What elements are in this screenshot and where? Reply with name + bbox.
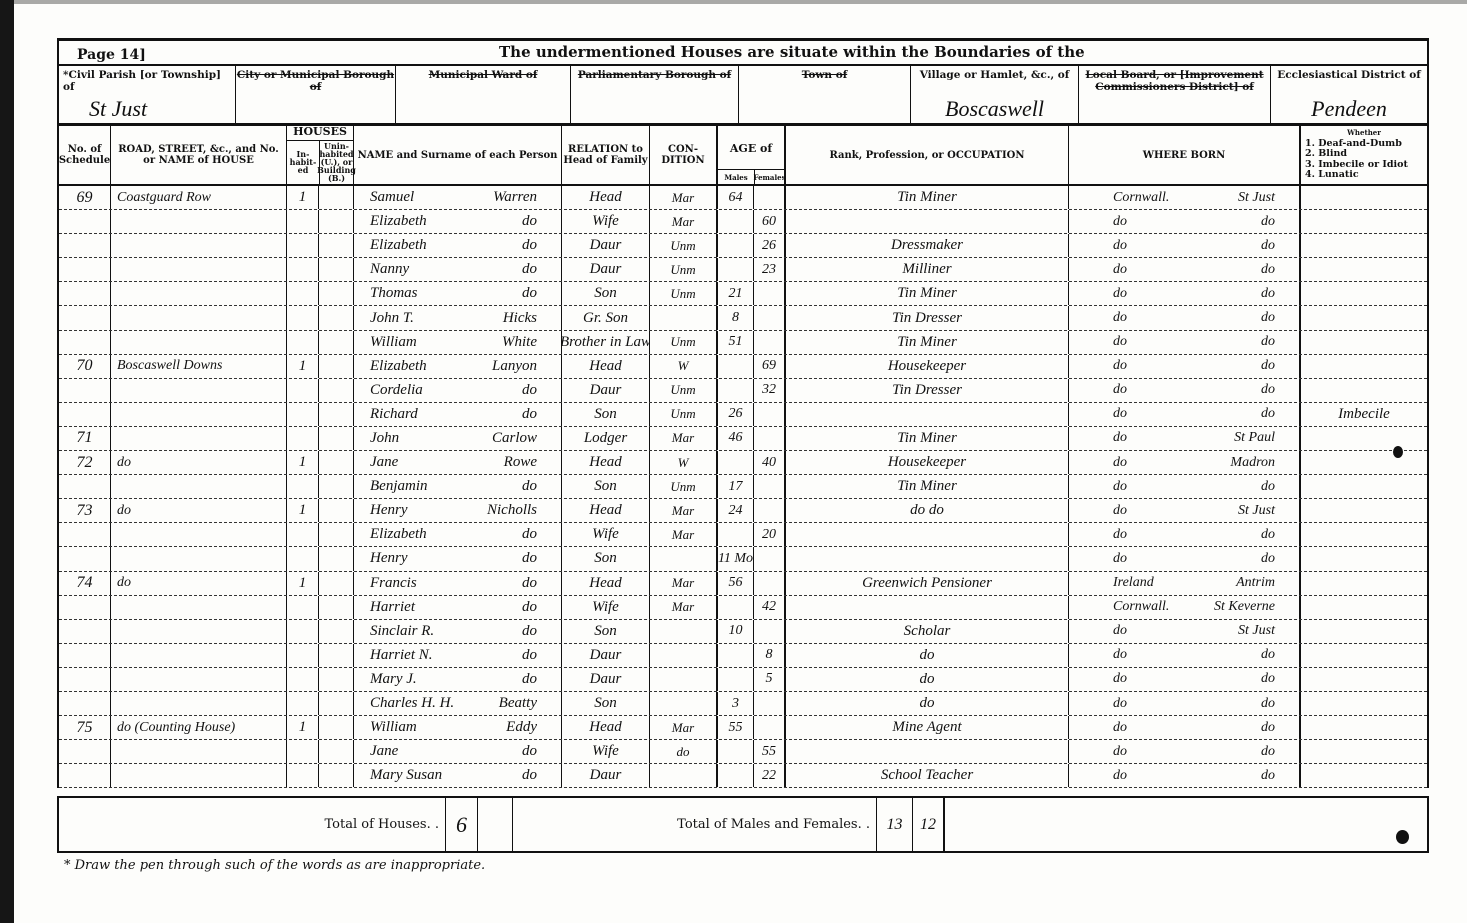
boundary-civil-parish: *Civil Parish [or Township] of St Just	[59, 66, 236, 123]
female-age-cell: 26	[754, 234, 786, 257]
female-age-cell	[754, 620, 786, 643]
condition-cell: Mar	[650, 427, 718, 450]
born-place: Madron	[1230, 455, 1275, 471]
occupation-cell: do do	[786, 499, 1069, 522]
person-name-cell: Harrietdo	[354, 596, 562, 619]
total-persons-label: Total of Males and Females. .	[513, 798, 877, 851]
person-name-cell: SamuelWarren	[354, 186, 562, 209]
male-age-cell	[718, 740, 754, 763]
uninhabited-count-cell	[319, 234, 354, 257]
infirmity-cell	[1301, 523, 1427, 546]
given-name: John	[370, 430, 399, 447]
born-place: do	[1261, 334, 1275, 350]
condition-cell	[650, 692, 718, 715]
relation-cell: Son	[562, 620, 650, 643]
surname: do	[522, 671, 537, 688]
schedule-number-cell	[59, 740, 111, 763]
condition-cell	[650, 306, 718, 329]
schedule-number-cell	[59, 668, 111, 691]
boundary-value: Boscaswell	[911, 96, 1078, 122]
given-name: Francis	[370, 575, 417, 592]
surname: do	[522, 647, 537, 664]
footnote: * Draw the pen through such of the words…	[64, 858, 485, 873]
female-age-cell: 5	[754, 668, 786, 691]
male-age-cell	[718, 210, 754, 233]
header-relation: RELATION to Head of Family	[562, 126, 650, 184]
person-name-cell: Cordeliado	[354, 379, 562, 402]
where-born-cell: dodo	[1069, 644, 1301, 667]
condition-cell: Mar	[650, 499, 718, 522]
surname: do	[522, 478, 537, 495]
born-place: St Just	[1238, 503, 1275, 519]
header-schedule: No. of Schedule	[59, 126, 111, 184]
where-born-cell: dodo	[1069, 475, 1301, 498]
road-name-cell	[111, 234, 287, 257]
condition-cell: Unm	[650, 331, 718, 354]
condition-cell	[650, 764, 718, 787]
road-name-cell	[111, 403, 287, 426]
uninhabited-count-cell	[319, 355, 354, 378]
relation-cell: Daur	[562, 644, 650, 667]
born-place: St Keverne	[1214, 599, 1275, 615]
inhabited-count-cell	[287, 427, 319, 450]
occupation-cell: Tin Miner	[786, 186, 1069, 209]
schedule-number-cell: 74	[59, 572, 111, 595]
where-born-cell: doMadron	[1069, 451, 1301, 474]
title-bar: Page 14] The undermentioned Houses are s…	[57, 38, 1429, 64]
schedule-number-cell: 73	[59, 499, 111, 522]
schedule-number-cell	[59, 523, 111, 546]
surname: do	[522, 213, 537, 230]
where-born-cell: Cornwall.St Just	[1069, 186, 1301, 209]
where-born-cell: IrelandAntrim	[1069, 572, 1301, 595]
uninhabited-count-cell	[319, 596, 354, 619]
header-occupation: Rank, Profession, or OCCUPATION	[786, 126, 1069, 184]
infirmity-cell	[1301, 379, 1427, 402]
given-name: Mary Susan	[370, 767, 442, 784]
condition-cell	[650, 620, 718, 643]
where-born-cell: dodo	[1069, 692, 1301, 715]
relation-cell: Brother in Law	[562, 331, 650, 354]
inhabited-count-cell	[287, 740, 319, 763]
schedule-number-cell	[59, 547, 111, 570]
header-houses: HOUSES In-habit-ed Unin-habited (U.), or…	[287, 126, 354, 184]
infirmity-cell	[1301, 620, 1427, 643]
occupation-cell	[786, 523, 1069, 546]
where-born-cell: dodo	[1069, 331, 1301, 354]
table-row: BenjamindoSonUnm17Tin Minerdodo	[59, 475, 1427, 499]
where-born-cell: dodo	[1069, 306, 1301, 329]
relation-cell: Daur	[562, 258, 650, 281]
relation-cell: Head	[562, 572, 650, 595]
age-title: AGE of	[718, 126, 784, 170]
person-name-cell: JohnCarlow	[354, 427, 562, 450]
occupation-cell: Greenwich Pensioner	[786, 572, 1069, 595]
female-age-cell	[754, 499, 786, 522]
given-name: Benjamin	[370, 478, 428, 495]
condition-cell: Unm	[650, 403, 718, 426]
born-county: Cornwall.	[1113, 599, 1169, 615]
table-row: Mary J.doDaur5dododo	[59, 668, 1427, 692]
relation-cell: Wife	[562, 210, 650, 233]
infirmity-cell	[1301, 306, 1427, 329]
born-county: Cornwall.	[1113, 190, 1169, 206]
born-county: do	[1113, 455, 1127, 471]
boundary-value: St Just	[59, 96, 235, 122]
born-county: do	[1113, 671, 1127, 687]
where-born-cell: dodo	[1069, 764, 1301, 787]
table-row: Sinclair R.doSon10ScholardoSt Just	[59, 620, 1427, 644]
surname: do	[522, 406, 537, 423]
where-born-cell: dodo	[1069, 258, 1301, 281]
infirmity-cell: Imbecile	[1301, 403, 1427, 426]
road-name-cell	[111, 764, 287, 787]
surname: Carlow	[492, 430, 537, 447]
table-row: ElizabethdoWifeMar60dodo	[59, 210, 1427, 234]
person-name-cell: Harriet N.do	[354, 644, 562, 667]
occupation-cell: Mine Agent	[786, 716, 1069, 739]
given-name: Elizabeth	[370, 358, 427, 375]
road-name-cell: do (Counting House)	[111, 716, 287, 739]
infirmity-title: Whether	[1347, 128, 1381, 139]
born-place: St Paul	[1234, 430, 1275, 446]
table-row: ThomasdoSonUnm21Tin Minerdodo	[59, 282, 1427, 306]
occupation-cell	[786, 596, 1069, 619]
relation-cell: Head	[562, 186, 650, 209]
given-name: Nanny	[370, 261, 409, 278]
road-name-cell: Boscaswell Downs	[111, 355, 287, 378]
surname: White	[502, 334, 537, 351]
infirmity-cell	[1301, 499, 1427, 522]
occupation-cell	[786, 403, 1069, 426]
male-age-cell: 51	[718, 331, 754, 354]
person-name-cell: Sinclair R.do	[354, 620, 562, 643]
occupation-cell: do	[786, 644, 1069, 667]
where-born-cell: dodo	[1069, 282, 1301, 305]
infirmity-cell	[1301, 547, 1427, 570]
person-name-cell: Thomasdo	[354, 282, 562, 305]
born-place: do	[1261, 286, 1275, 302]
where-born-cell: dodo	[1069, 355, 1301, 378]
occupation-cell: Tin Miner	[786, 282, 1069, 305]
male-age-cell: 55	[718, 716, 754, 739]
uninhabited-count-cell	[319, 499, 354, 522]
road-name-cell	[111, 620, 287, 643]
surname: do	[522, 599, 537, 616]
uninhabited-count-cell	[319, 451, 354, 474]
infirmity-cell	[1301, 331, 1427, 354]
table-row: HenrydoSon11 Mododo	[59, 547, 1427, 571]
table-row: Charles H. H.BeattySon3dododo	[59, 692, 1427, 716]
table-row: John T.HicksGr. Son8Tin Dresserdodo	[59, 306, 1427, 330]
boundary-value: Pendeen	[1271, 96, 1427, 122]
total-females: 12	[913, 798, 945, 851]
schedule-number-cell: 69	[59, 186, 111, 209]
relation-cell: Son	[562, 403, 650, 426]
condition-cell: Unm	[650, 282, 718, 305]
inhabited-count-cell: 1	[287, 572, 319, 595]
relation-cell: Daur	[562, 234, 650, 257]
header-age: AGE of Males Females	[718, 126, 786, 184]
surname: do	[522, 285, 537, 302]
schedule-number-cell	[59, 644, 111, 667]
schedule-number-cell	[59, 620, 111, 643]
road-name-cell	[111, 668, 287, 691]
road-name-cell	[111, 523, 287, 546]
uninhabited-count-cell	[319, 716, 354, 739]
uninhabited-count-cell	[319, 258, 354, 281]
male-age-cell: 17	[718, 475, 754, 498]
given-name: Cordelia	[370, 382, 423, 399]
male-age-cell	[718, 644, 754, 667]
boundary-village: Village or Hamlet, &c., of Boscaswell	[911, 66, 1079, 123]
infirmity-cell	[1301, 234, 1427, 257]
infirmity-cell	[1301, 282, 1427, 305]
where-born-cell: dodo	[1069, 523, 1301, 546]
person-name-cell: Mary J.do	[354, 668, 562, 691]
table-row: CordeliadoDaurUnm32Tin Dresserdodo	[59, 379, 1427, 403]
inhabited-count-cell	[287, 596, 319, 619]
born-place: do	[1261, 696, 1275, 712]
relation-cell: Head	[562, 716, 650, 739]
person-name-cell: Benjamindo	[354, 475, 562, 498]
born-county: do	[1113, 720, 1127, 736]
given-name: Richard	[370, 406, 418, 423]
infirmity-cell	[1301, 692, 1427, 715]
born-place: do	[1261, 479, 1275, 495]
born-county: do	[1113, 238, 1127, 254]
where-born-cell: dodo	[1069, 716, 1301, 739]
road-name-cell	[111, 740, 287, 763]
born-county: do	[1113, 744, 1127, 760]
infirmity-cell	[1301, 740, 1427, 763]
male-age-cell	[718, 379, 754, 402]
born-place: do	[1261, 671, 1275, 687]
female-age-cell: 20	[754, 523, 786, 546]
infirmity-cell	[1301, 764, 1427, 787]
male-age-cell: 8	[718, 306, 754, 329]
given-name: Elizabeth	[370, 237, 427, 254]
schedule-number-cell	[59, 475, 111, 498]
born-county: do	[1113, 551, 1127, 567]
condition-cell: W	[650, 451, 718, 474]
male-age-cell: 56	[718, 572, 754, 595]
uninhabited-count-cell	[319, 668, 354, 691]
female-age-cell: 55	[754, 740, 786, 763]
born-county: do	[1113, 647, 1127, 663]
occupation-cell	[786, 210, 1069, 233]
where-born-cell: doSt Just	[1069, 620, 1301, 643]
inhabited-count-cell: 1	[287, 451, 319, 474]
uninhabited-count-cell	[319, 427, 354, 450]
road-name-cell	[111, 258, 287, 281]
born-county: do	[1113, 479, 1127, 495]
total-houses-value: 6	[446, 798, 478, 851]
born-place: do	[1261, 262, 1275, 278]
person-name-cell: Henrydo	[354, 547, 562, 570]
uninhabited-count-cell	[319, 331, 354, 354]
road-name-cell	[111, 331, 287, 354]
given-name: Jane	[370, 454, 398, 471]
table-row: 74do1FrancisdoHeadMar56Greenwich Pension…	[59, 572, 1427, 596]
born-county: do	[1113, 768, 1127, 784]
male-age-cell: 3	[718, 692, 754, 715]
surname: do	[522, 623, 537, 640]
infirmity-cell	[1301, 427, 1427, 450]
condition-cell: Mar	[650, 596, 718, 619]
road-name-cell	[111, 379, 287, 402]
born-place: do	[1261, 551, 1275, 567]
uninhabited-count-cell	[319, 306, 354, 329]
born-place: do	[1261, 382, 1275, 398]
where-born-cell: dodo	[1069, 403, 1301, 426]
schedule-number-cell	[59, 379, 111, 402]
schedule-number-cell	[59, 210, 111, 233]
born-county: do	[1113, 527, 1127, 543]
male-age-cell: 46	[718, 427, 754, 450]
female-age-cell: 69	[754, 355, 786, 378]
condition-cell: do	[650, 740, 718, 763]
female-age-cell	[754, 306, 786, 329]
inhabited-count-cell	[287, 620, 319, 643]
header-name: NAME and Surname of each Person	[354, 126, 562, 184]
table-row: 71JohnCarlowLodgerMar46Tin MinerdoSt Pau…	[59, 427, 1427, 451]
person-name-cell: Mary Susando	[354, 764, 562, 787]
inhabited-count-cell	[287, 282, 319, 305]
relation-cell: Son	[562, 547, 650, 570]
given-name: Henry	[370, 550, 408, 567]
male-age-cell: 24	[718, 499, 754, 522]
where-born-cell: doSt Paul	[1069, 427, 1301, 450]
occupation-cell: do	[786, 668, 1069, 691]
born-place: do	[1261, 744, 1275, 760]
occupation-cell: Tin Dresser	[786, 306, 1069, 329]
occupation-cell: Dressmaker	[786, 234, 1069, 257]
relation-cell: Head	[562, 451, 650, 474]
table-row: 72do1JaneRoweHeadW40HousekeeperdoMadron	[59, 451, 1427, 475]
given-name: Harriet N.	[370, 647, 433, 664]
relation-cell: Daur	[562, 764, 650, 787]
condition-cell: Mar	[650, 572, 718, 595]
road-name-cell	[111, 644, 287, 667]
occupation-cell: do	[786, 692, 1069, 715]
where-born-cell: dodo	[1069, 547, 1301, 570]
female-age-cell: 22	[754, 764, 786, 787]
header-males: Males	[718, 169, 755, 184]
boundary-municipal-ward: Municipal Ward of	[396, 66, 571, 123]
column-headers: No. of Schedule ROAD, STREET, &c., and N…	[57, 126, 1429, 186]
female-age-cell: 40	[754, 451, 786, 474]
uninhabited-count-cell	[319, 644, 354, 667]
surname: Eddy	[506, 719, 537, 736]
infirmity-cell	[1301, 596, 1427, 619]
uninhabited-count-cell	[319, 740, 354, 763]
born-county: do	[1113, 310, 1127, 326]
boundary-label: Village or Hamlet, &c., of	[911, 69, 1078, 81]
relation-cell: Head	[562, 499, 650, 522]
boundaries-row: *Civil Parish [or Township] of St Just C…	[57, 64, 1429, 126]
infirmity-option: 4. Lunatic	[1305, 170, 1359, 181]
boundary-parliamentary-borough: Parliamentary Borough of	[571, 66, 739, 123]
table-row: RicharddoSonUnm26dodoImbecile	[59, 403, 1427, 427]
inhabited-count-cell	[287, 306, 319, 329]
boundary-label: Town of	[739, 69, 910, 81]
inhabited-count-cell	[287, 692, 319, 715]
occupation-cell	[786, 740, 1069, 763]
where-born-cell: Cornwall.St Keverne	[1069, 596, 1301, 619]
person-name-cell: Janedo	[354, 740, 562, 763]
female-age-cell	[754, 403, 786, 426]
person-name-cell: HenryNicholls	[354, 499, 562, 522]
surname: do	[522, 237, 537, 254]
born-county: do	[1113, 623, 1127, 639]
uninhabited-count-cell	[319, 620, 354, 643]
born-county: Ireland	[1113, 575, 1154, 591]
inhabited-count-cell: 1	[287, 716, 319, 739]
person-name-cell: Elizabethdo	[354, 210, 562, 233]
male-age-cell	[718, 451, 754, 474]
table-row: 75do (Counting House)1WilliamEddyHeadMar…	[59, 716, 1427, 740]
male-age-cell: 64	[718, 186, 754, 209]
condition-cell: Mar	[650, 523, 718, 546]
census-page: Page 14] The undermentioned Houses are s…	[57, 38, 1429, 853]
inhabited-count-cell: 1	[287, 186, 319, 209]
header-uninhabited: Unin-habited (U.), or Building (B.)	[320, 140, 353, 184]
surname: do	[522, 550, 537, 567]
occupation-cell: Milliner	[786, 258, 1069, 281]
person-name-cell: WilliamWhite	[354, 331, 562, 354]
male-age-cell: 11 Mo	[718, 547, 754, 570]
condition-cell: W	[650, 355, 718, 378]
born-county: do	[1113, 262, 1127, 278]
given-name: Jane	[370, 743, 398, 760]
table-row: Harriet N.doDaur8dododo	[59, 644, 1427, 668]
road-name-cell	[111, 282, 287, 305]
surname: Nicholls	[487, 502, 537, 519]
condition-cell: Mar	[650, 210, 718, 233]
schedule-number-cell: 71	[59, 427, 111, 450]
given-name: Elizabeth	[370, 526, 427, 543]
surname: do	[522, 575, 537, 592]
infirmity-cell	[1301, 644, 1427, 667]
person-name-cell: WilliamEddy	[354, 716, 562, 739]
uninhabited-count-cell	[319, 186, 354, 209]
female-age-cell: 32	[754, 379, 786, 402]
relation-cell: Daur	[562, 668, 650, 691]
schedule-number-cell	[59, 596, 111, 619]
uninhabited-count-cell	[319, 475, 354, 498]
houses-title: HOUSES	[287, 126, 353, 141]
inhabited-count-cell: 1	[287, 355, 319, 378]
infirmity-option: 2. Blind	[1305, 149, 1347, 160]
header-where-born: WHERE BORN	[1069, 126, 1301, 184]
female-age-cell	[754, 186, 786, 209]
schedule-number-cell	[59, 331, 111, 354]
header-inhabited: In-habit-ed	[287, 140, 320, 184]
born-place: do	[1261, 720, 1275, 736]
census-rows: 69Coastguard Row1SamuelWarrenHeadMar64Ti…	[57, 186, 1429, 788]
boundary-ecclesiastical-district: Ecclesiastical District of Pendeen	[1271, 66, 1427, 123]
uninhabited-count-cell	[319, 210, 354, 233]
inhabited-count-cell: 1	[287, 499, 319, 522]
total-blank	[945, 798, 1427, 851]
uninhabited-count-cell	[319, 764, 354, 787]
person-name-cell: John T.Hicks	[354, 306, 562, 329]
given-name: William	[370, 719, 417, 736]
person-name-cell: Charles H. H.Beatty	[354, 692, 562, 715]
road-name-cell: do	[111, 451, 287, 474]
born-county: do	[1113, 214, 1127, 230]
